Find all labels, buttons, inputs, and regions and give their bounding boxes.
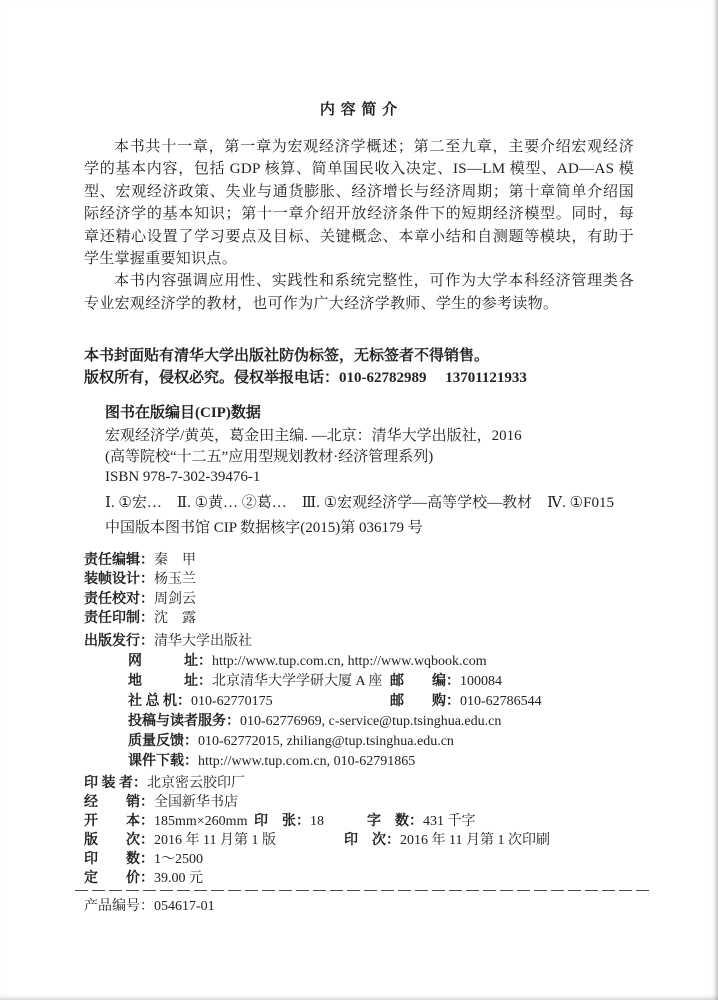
price-row: 定 价：39.00 元 [84, 869, 634, 888]
switchboard-row: 社 总 机：010-62770175邮 购：010-62786544 [84, 692, 634, 712]
quality-feedback-value: 010-62772015, zhiliang@tup.tsinghua.edu.… [198, 734, 454, 749]
printer-binder-row: 印 装 者：北京密云胶印厂 [84, 774, 634, 793]
mail-order-cell: 邮 购：010-62786544 [390, 692, 542, 712]
cip-heading: 图书在版编目(CIP)数据 [105, 403, 634, 423]
address-row: 地 址：北京清华大学学研大厦 A 座邮 编：100084 [84, 672, 634, 692]
quality-feedback-label: 质量反馈： [128, 734, 198, 749]
binding-designer-value: 杨玉兰 [154, 572, 196, 587]
cip-classification-line: Ⅰ. ①宏… Ⅱ. ①黄… ②葛… Ⅲ. ①宏观经济学—高等学校—教材 Ⅳ. ①… [105, 493, 634, 514]
website-label: 网 址： [128, 654, 212, 669]
dashed-divider [75, 890, 653, 891]
postcode-label: 邮 编： [390, 674, 460, 689]
product-number-label: 产品编号： [84, 899, 154, 914]
intro-paragraph-1: 本书共十一章，第一章为宏观经济学概述；第二至九章，主要介绍宏观经济学的基本内容，… [84, 136, 634, 270]
printed-sheets-label: 印 张： [254, 814, 310, 829]
switchboard-label: 社 总 机： [128, 694, 191, 709]
publisher-value: 清华大学出版社 [154, 634, 252, 649]
postcode-value: 100084 [460, 674, 502, 689]
cip-record-line: 中国版本图书馆 CIP 数据核字(2015)第 036179 号 [105, 518, 634, 539]
word-count-label: 字 数： [367, 814, 423, 829]
reader-service-label: 投稿与读者服务： [128, 714, 240, 729]
price-value: 39.00 元 [154, 871, 203, 886]
copyright-hotline-line: 版权所有，侵权必究。侵权举报电话：010-62782989 1370112193… [84, 367, 634, 389]
printed-sheets-cell: 印 张：18 [254, 812, 324, 831]
print-run-row: 印 数：1～2500 [84, 850, 634, 869]
printer-binder-label: 印 装 者： [84, 776, 147, 791]
proofreader-row: 责任校对：周剑云 [84, 590, 634, 610]
printer-binder-value: 北京密云胶印厂 [147, 776, 245, 791]
mail-order-label: 邮 购： [390, 694, 460, 709]
format-label: 开 本： [84, 814, 154, 829]
binding-designer-row: 装帧设计：杨玉兰 [84, 570, 634, 590]
format-row: 开 本：185mm×260mm印 张：18字 数：431 千字 [84, 812, 634, 831]
responsible-editor-row: 责任编辑：秦 甲 [84, 551, 634, 571]
impression-value: 2016 年 11 月第 1 次印刷 [400, 833, 550, 848]
print-run-label: 印 数： [84, 852, 154, 867]
courseware-download-label: 课件下载： [128, 754, 198, 769]
distributor-row: 经 销：全国新华书店 [84, 793, 634, 812]
distributor-value: 全国新华书店 [154, 795, 238, 810]
reader-service-row: 投稿与读者服务：010-62776969, c-service@tup.tsin… [84, 712, 634, 732]
switchboard-value: 010-62770175 [191, 694, 273, 709]
publisher-row: 出版发行：清华大学出版社 [84, 632, 634, 652]
binding-designer-label: 装帧设计： [84, 572, 154, 587]
proofreader-value: 周剑云 [154, 592, 196, 607]
print-supervisor-row: 责任印制：沈 露 [84, 609, 634, 629]
copyright-page: 内 容 简 介 本书共十一章，第一章为宏观经济学概述；第二至九章，主要介绍宏观经… [0, 0, 718, 1000]
intro-paragraph-2: 本书内容强调应用性、实践性和系统完整性，可作为大学本科经济管理类各专业宏观经济学… [84, 270, 634, 315]
website-value: http://www.tup.com.cn, http://www.wqbook… [212, 654, 487, 669]
anti-piracy-line: 本书封面贴有清华大学出版社防伪标签，无标签者不得销售。 [84, 345, 634, 367]
impression-label: 印 次： [344, 833, 400, 848]
printed-sheets-value: 18 [310, 814, 324, 829]
publisher-label: 出版发行： [84, 634, 154, 649]
impression-cell: 印 次：2016 年 11 月第 1 次印刷 [344, 831, 550, 850]
address-value: 北京清华大学学研大厦 A 座 [212, 674, 382, 689]
price-label: 定 价： [84, 871, 154, 886]
mail-order-value: 010-62786544 [460, 694, 542, 709]
page-content: 内 容 简 介 本书共十一章，第一章为宏观经济学概述；第二至九章，主要介绍宏观经… [84, 0, 634, 917]
colophon-block: 印 装 者：北京密云胶印厂 经 销：全国新华书店 开 本：185mm×260mm… [84, 774, 634, 888]
address-label: 地 址： [128, 674, 212, 689]
courseware-download-value: http://www.tup.com.cn, 010-62791865 [198, 754, 415, 769]
responsible-editor-label: 责任编辑： [84, 553, 154, 568]
cip-block: 图书在版编目(CIP)数据 宏观经济学/黄英，葛金田主编. —北京：清华大学出版… [84, 403, 634, 539]
format-value: 185mm×260mm [154, 814, 247, 829]
staff-block: 责任编辑：秦 甲 装帧设计：杨玉兰 责任校对：周剑云 责任印制：沈 露 [84, 551, 634, 629]
edition-value: 2016 年 11 月第 1 版 [154, 833, 276, 848]
print-supervisor-label: 责任印制： [84, 611, 154, 626]
word-count-cell: 字 数：431 千字 [367, 812, 476, 831]
postcode-cell: 邮 编：100084 [390, 672, 502, 692]
product-number-value: 054617-01 [154, 899, 215, 914]
responsible-editor-value: 秦 甲 [154, 553, 196, 568]
print-run-value: 1～2500 [154, 852, 203, 867]
website-row: 网 址：http://www.tup.com.cn, http://www.wq… [84, 652, 634, 672]
edition-row: 版 次：2016 年 11 月第 1 版印 次：2016 年 11 月第 1 次… [84, 831, 634, 850]
quality-feedback-row: 质量反馈：010-62772015, zhiliang@tup.tsinghua… [84, 732, 634, 752]
word-count-value: 431 千字 [423, 814, 476, 829]
distributor-label: 经 销： [84, 795, 154, 810]
intro-title: 内 容 简 介 [84, 0, 634, 120]
anti-piracy-notice: 本书封面贴有清华大学出版社防伪标签，无标签者不得销售。 版权所有，侵权必究。侵权… [84, 345, 634, 389]
print-supervisor-value: 沈 露 [154, 611, 196, 626]
courseware-download-row: 课件下载：http://www.tup.com.cn, 010-62791865 [84, 752, 634, 772]
product-number-row: 产品编号：054617-01 [84, 897, 634, 917]
proofreader-label: 责任校对： [84, 592, 154, 607]
reader-service-value: 010-62776969, c-service@tup.tsinghua.edu… [240, 714, 501, 729]
cip-book-line: 宏观经济学/黄英，葛金田主编. —北京：清华大学出版社，2016 [105, 426, 634, 447]
publisher-details-block: 网 址：http://www.tup.com.cn, http://www.wq… [84, 652, 634, 772]
cip-isbn-line: ISBN 978-7-302-39476-1 [105, 467, 634, 488]
cip-series-line: (高等院校“十二五”应用型规划教材·经济管理系列) [105, 447, 634, 468]
edition-label: 版 次： [84, 833, 154, 848]
